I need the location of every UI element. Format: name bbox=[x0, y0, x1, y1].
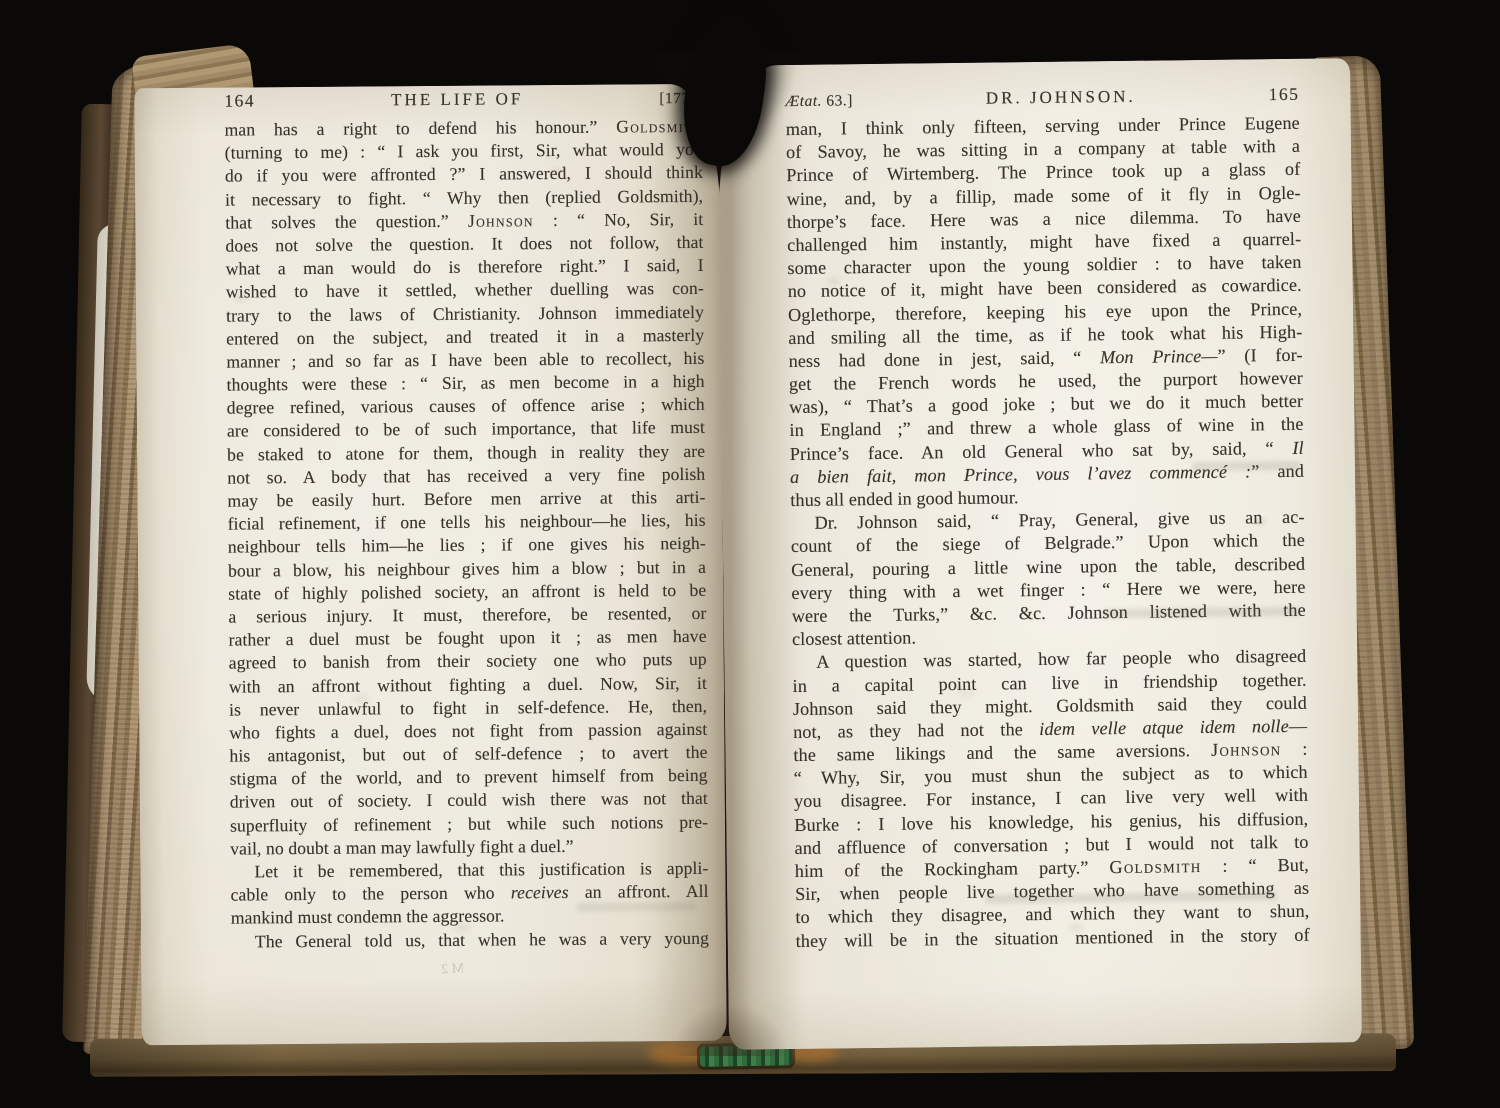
text-line: be staked to atone for them, though in r… bbox=[227, 439, 705, 466]
text-line: neighbour tells him—he lies ; if one giv… bbox=[228, 532, 706, 559]
text-line: trary to the laws of Christianity. Johns… bbox=[226, 300, 704, 327]
text-line: are considered to be of such importance,… bbox=[227, 416, 705, 443]
right-etat-annotation: Ætat. 63.] bbox=[785, 92, 853, 111]
text-line: do if you were affronted ?” I answered, … bbox=[225, 161, 703, 188]
text-line: driven out of society. I could wish ther… bbox=[230, 787, 708, 814]
text-line: wished to have it settled, whether duell… bbox=[226, 277, 704, 304]
text-line: The General told us, that when he was a … bbox=[231, 926, 709, 953]
right-running-title: DR. JOHNSON. bbox=[986, 87, 1136, 109]
left-page: 164 THE LIFE OF [1772. man has a right t… bbox=[134, 84, 726, 1046]
right-page-body: man, I think only fifteen, serving under… bbox=[786, 112, 1310, 953]
right-page-text: Ætat. 63.] DR. JOHNSON. 165 man, I think… bbox=[785, 59, 1310, 953]
text-line: superfluity of refinement ; but while su… bbox=[230, 810, 708, 837]
left-page-number: 164 bbox=[224, 90, 255, 111]
text-line: cable only to the person who receives an… bbox=[231, 880, 709, 907]
signature-mark-showthrough: M 2 bbox=[441, 961, 465, 978]
text-line: agreed to banish from their society one … bbox=[229, 648, 707, 675]
left-page-header: 164 THE LIFE OF [1772. bbox=[224, 87, 702, 112]
left-page-body: man has a right to defend his honour.” G… bbox=[224, 115, 709, 953]
right-page: Ætat. 63.] DR. JOHNSON. 165 man, I think… bbox=[717, 58, 1362, 1050]
text-line: with an affront without fighting a duel.… bbox=[229, 671, 707, 698]
left-page-text: 164 THE LIFE OF [1772. man has a right t… bbox=[224, 84, 709, 953]
book-photograph: { "scene": { "description": "Photograph … bbox=[0, 0, 1500, 1108]
text-line: it necessary to fight. “ Why then (repli… bbox=[225, 184, 703, 211]
text-line: bour a blow, his neighbour gives him a b… bbox=[228, 555, 706, 582]
left-running-title: THE LIFE OF bbox=[391, 89, 523, 110]
right-page-header: Ætat. 63.] DR. JOHNSON. 165 bbox=[785, 84, 1299, 111]
right-page-number: 165 bbox=[1269, 84, 1300, 105]
